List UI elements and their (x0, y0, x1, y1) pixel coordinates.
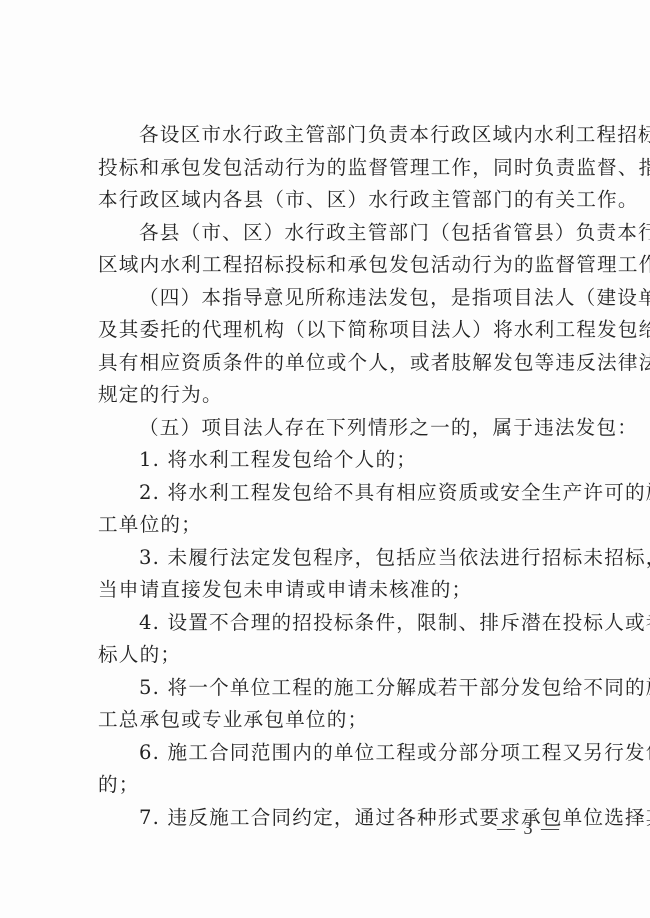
text-line: 本行政区域内各县（市、区）水行政主管部门的有关工作。 (98, 184, 578, 217)
text-line: 具有相应资质条件的单位或个人，或者肢解发包等违反法律法规 (98, 347, 578, 380)
text-line: 标人的； (98, 639, 578, 672)
text-line: （四）本指导意见所称违法发包，是指项目法人（建设单位） (98, 282, 578, 315)
paragraph-county-responsibility: 各县（市、区）水行政主管部门（包括省管县）负责本行政 区域内水利工程招标投标和承… (98, 217, 578, 282)
scan-speck (452, 694, 454, 696)
text-line: 6. 施工合同范围内的单位工程或分部分项工程又另行发包 (98, 737, 578, 770)
text-line: （五）项目法人存在下列情形之一的，属于违法发包： (98, 412, 578, 445)
document-page: 各设区市水行政主管部门负责本行政区域内水利工程招标 投标和承包发包活动行为的监督… (0, 0, 650, 918)
paragraph-illegal-contracting-definition: （四）本指导意见所称违法发包，是指项目法人（建设单位） 及其委托的代理机构（以下… (98, 282, 578, 412)
text-line: 各设区市水行政主管部门负责本行政区域内水利工程招标 (98, 119, 578, 152)
list-item-2: 2. 将水利工程发包给不具有相应资质或安全生产许可的施 工单位的； (98, 477, 578, 542)
scan-speck (412, 692, 414, 694)
text-line: 规定的行为。 (98, 379, 578, 412)
scan-speck (491, 752, 493, 754)
text-line: 的； (98, 769, 578, 802)
text-line: 投标和承包发包活动行为的监督管理工作，同时负责监督、指导 (98, 152, 578, 185)
list-item-4: 4. 设置不合理的招投标条件，限制、排斥潜在投标人或者投 标人的； (98, 607, 578, 672)
paragraph-illegal-contracting-cases: （五）项目法人存在下列情形之一的，属于违法发包： (98, 412, 578, 445)
document-body: 各设区市水行政主管部门负责本行政区域内水利工程招标 投标和承包发包活动行为的监督… (98, 119, 578, 834)
text-line: 各县（市、区）水行政主管部门（包括省管县）负责本行政 (98, 217, 578, 250)
text-line: 1. 将水利工程发包给个人的； (98, 444, 578, 477)
text-line: 4. 设置不合理的招投标条件，限制、排斥潜在投标人或者投 (98, 607, 578, 640)
text-line: 工单位的； (98, 509, 578, 542)
text-line: 2. 将水利工程发包给不具有相应资质或安全生产许可的施 (98, 477, 578, 510)
list-item-6: 6. 施工合同范围内的单位工程或分部分项工程又另行发包 的； (98, 737, 578, 802)
list-item-3: 3. 未履行法定发包程序，包括应当依法进行招标未招标，应 当申请直接发包未申请或… (98, 542, 578, 607)
text-line: 3. 未履行法定发包程序，包括应当依法进行招标未招标，应 (98, 542, 578, 575)
text-line: 当申请直接发包未申请或申请未核准的； (98, 574, 578, 607)
scan-speck (420, 690, 422, 692)
text-line: 5. 将一个单位工程的施工分解成若干部分发包给不同的施 (98, 672, 578, 705)
text-line: 工总承包或专业承包单位的； (98, 704, 578, 737)
text-line: 及其委托的代理机构（以下简称项目法人）将水利工程发包给不 (98, 314, 578, 347)
page-number: — 3 — (497, 818, 561, 839)
list-item-5: 5. 将一个单位工程的施工分解成若干部分发包给不同的施 工总承包或专业承包单位的… (98, 672, 578, 737)
text-line: 区域内水利工程招标投标和承包发包活动行为的监督管理工作。 (98, 249, 578, 282)
paragraph-district-responsibility: 各设区市水行政主管部门负责本行政区域内水利工程招标 投标和承包发包活动行为的监督… (98, 119, 578, 217)
list-item-1: 1. 将水利工程发包给个人的； (98, 444, 578, 477)
scan-speck (436, 692, 438, 694)
